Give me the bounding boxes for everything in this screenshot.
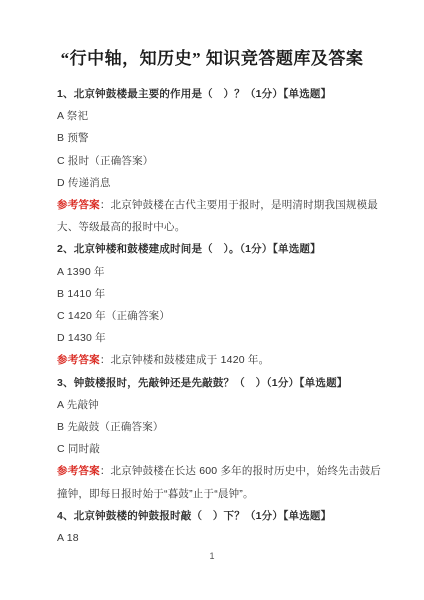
question-list: 1、北京钟鼓楼最主要的作用是（ ）？（1分）【单选题】A 祭祀B 预警C 报时（… xyxy=(57,83,381,549)
answer-option: B 预警 xyxy=(57,127,381,149)
reference-answer-text: ：北京钟鼓楼在古代主要用于报时，是明清时期我国规模最大、等级最高的报时中心。 xyxy=(57,199,378,233)
question-block: 2、北京钟楼和鼓楼建成时间是（ ）。（1分）【单选题】A 1390 年B 141… xyxy=(57,238,381,371)
question-block: 3、钟鼓楼报时，先敲钟还是先敲鼓？（ ）（1分）【单选题】A 先敲钟B 先敲鼓（… xyxy=(57,372,381,505)
answer-option: A 先敲钟 xyxy=(57,394,381,416)
reference-answer: 参考答案：北京钟楼和鼓楼建成于 1420 年。 xyxy=(57,349,381,371)
reference-answer: 参考答案：北京钟鼓楼在长达 600 多年的报时历史中，始终先击鼓后撞钟，即每日报… xyxy=(57,460,381,504)
answer-option: A 1390 年 xyxy=(57,261,381,283)
answer-option: C 1420 年（正确答案） xyxy=(57,305,381,327)
question-text: 4、北京钟鼓楼的钟鼓报时敲（ ）下？（1分）【单选题】 xyxy=(57,505,381,527)
question-text: 2、北京钟楼和鼓楼建成时间是（ ）。（1分）【单选题】 xyxy=(57,238,381,260)
answer-option: B 先敲鼓（正确答案） xyxy=(57,416,381,438)
question-block: 4、北京钟鼓楼的钟鼓报时敲（ ）下？（1分）【单选题】A 18 xyxy=(57,505,381,549)
answer-option: B 1410 年 xyxy=(57,283,381,305)
reference-answer-text: ：北京钟鼓楼在长达 600 多年的报时历史中，始终先击鼓后撞钟，即每日报时始于“… xyxy=(57,465,381,499)
reference-answer-label: 参考答案 xyxy=(57,199,100,211)
reference-answer: 参考答案：北京钟鼓楼在古代主要用于报时，是明清时期我国规模最大、等级最高的报时中… xyxy=(57,194,381,238)
question-block: 1、北京钟鼓楼最主要的作用是（ ）？（1分）【单选题】A 祭祀B 预警C 报时（… xyxy=(57,83,381,238)
page-number: 1 xyxy=(0,551,424,561)
answer-option: C 报时（正确答案） xyxy=(57,150,381,172)
answer-option: D 传递消息 xyxy=(57,172,381,194)
answer-option: C 同时敲 xyxy=(57,438,381,460)
question-text: 3、钟鼓楼报时，先敲钟还是先敲鼓？（ ）（1分）【单选题】 xyxy=(57,372,381,394)
document-page: “行中轴，知历史” 知识竞答题库及答案 1、北京钟鼓楼最主要的作用是（ ）？（1… xyxy=(0,0,424,600)
answer-option: A 18 xyxy=(57,527,381,549)
reference-answer-label: 参考答案 xyxy=(57,465,100,477)
answer-option: A 祭祀 xyxy=(57,105,381,127)
reference-answer-text: ：北京钟楼和鼓楼建成于 1420 年。 xyxy=(100,354,270,366)
question-text: 1、北京钟鼓楼最主要的作用是（ ）？（1分）【单选题】 xyxy=(57,83,381,105)
page-title: “行中轴，知历史” 知识竞答题库及答案 xyxy=(0,0,424,70)
reference-answer-label: 参考答案 xyxy=(57,354,100,366)
answer-option: D 1430 年 xyxy=(57,327,381,349)
